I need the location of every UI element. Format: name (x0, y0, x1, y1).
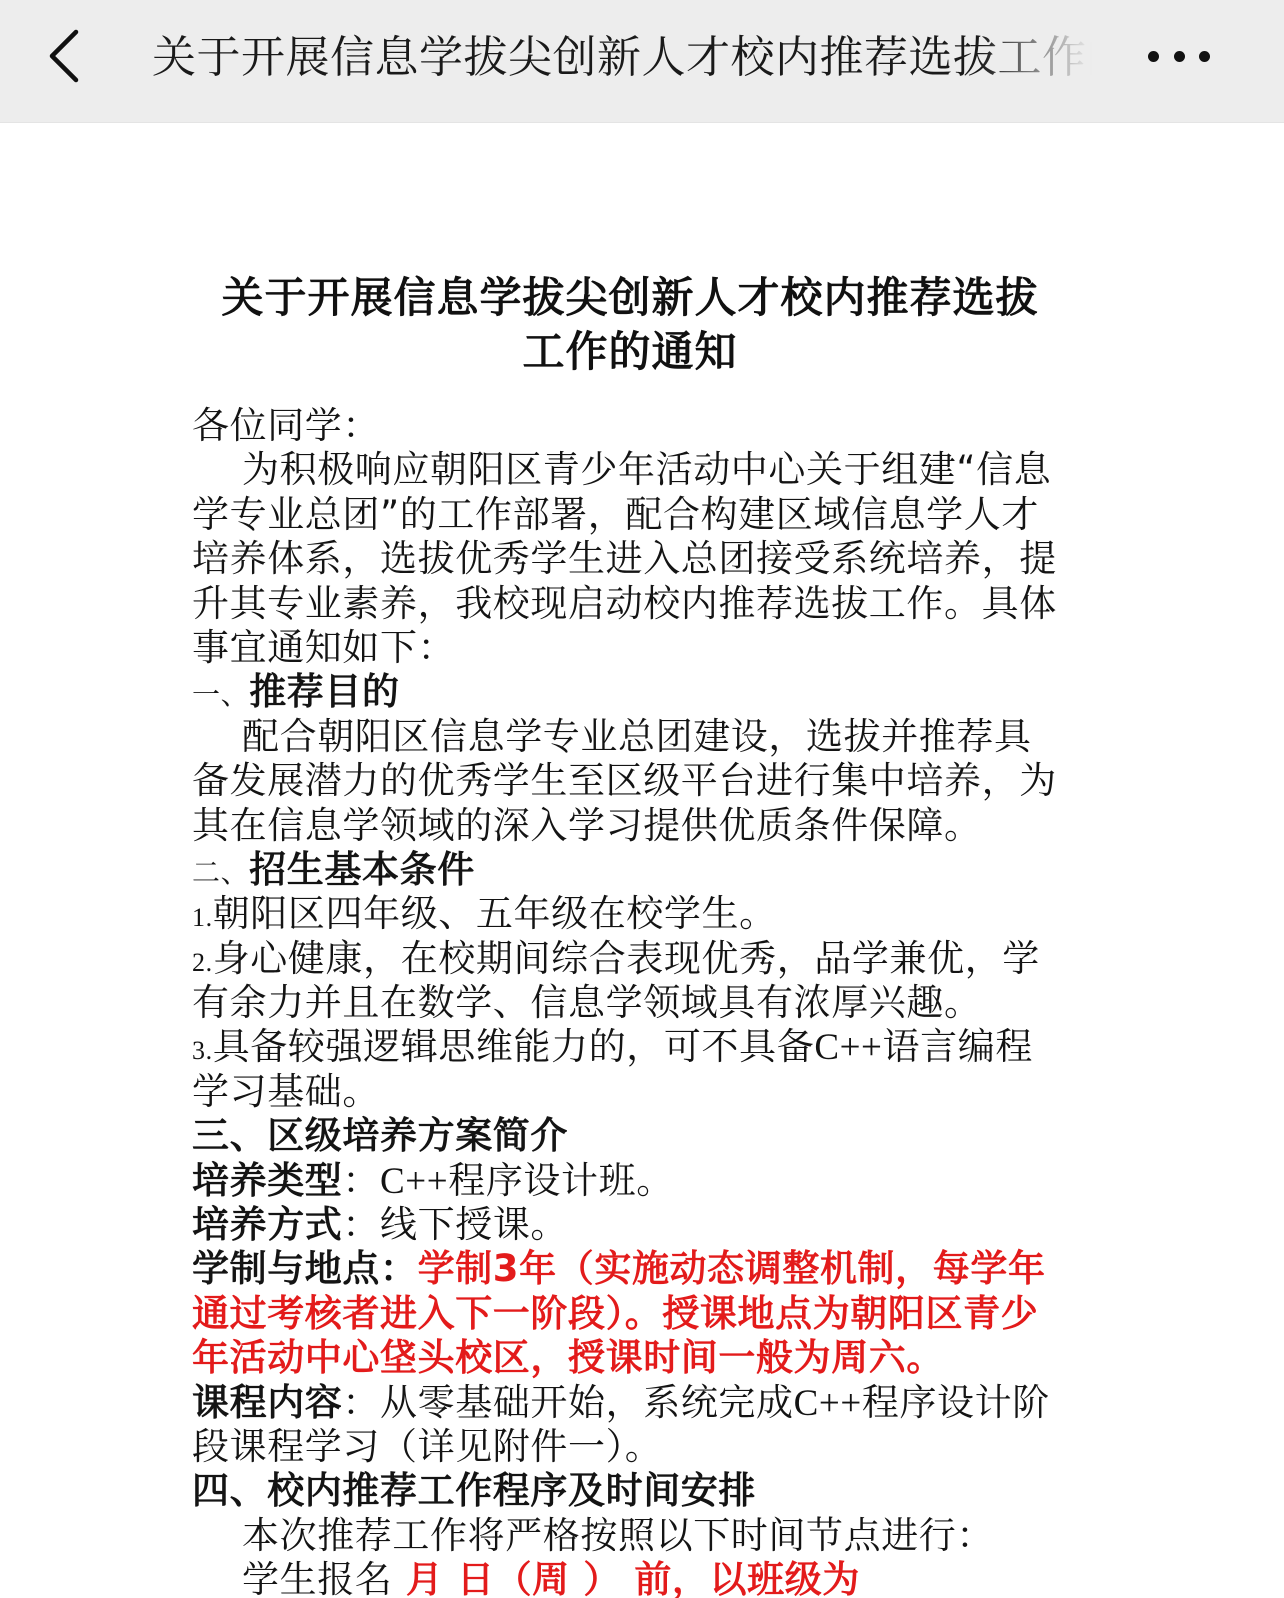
item-text: 具备较强逻辑思维能力的，可不具备 (213, 1025, 815, 1068)
training-type-label: 培养类型 (192, 1159, 342, 1202)
chevron-left-icon (40, 28, 90, 84)
section-2-title: 招生基本条件 (249, 848, 475, 891)
item-text-latin: C++ (814, 1027, 882, 1068)
colon: ： (342, 1203, 380, 1246)
duration-location: 学制与地点：学制3年（实施动态调整机制，每学年 (192, 1247, 1072, 1291)
intro-line: 升其专业素养，我校现启动校内推荐选拔工作。具体 (192, 582, 1072, 626)
course-content-latin: C++ (794, 1383, 862, 1424)
condition-item-3-cont: 学习基础。 (192, 1070, 1072, 1114)
course-content-text: 程序设计阶 (862, 1381, 1050, 1424)
item-number: 2. (192, 948, 213, 977)
training-type-latin: C++ (380, 1161, 448, 1202)
document-title-line-1: 关于开展信息学拔尖创新人才校内推荐选拔 (0, 272, 1272, 324)
back-button[interactable] (40, 28, 90, 84)
course-content-label: 课程内容 (192, 1381, 342, 1424)
more-horizontal-icon (1199, 51, 1210, 62)
section-1-line: 备发展潜力的优秀学生至区级平台进行集中培养，为 (192, 759, 1072, 803)
condition-item-3: 3.具备较强逻辑思维能力的，可不具备C++语言编程 (192, 1025, 1072, 1069)
section-1-heading: 一、推荐目的 (192, 670, 1072, 714)
condition-item-2-cont: 有余力并且在数学、信息学领域具有浓厚兴趣。 (192, 981, 1072, 1025)
condition-item-2: 2.身心健康，在校期间综合表现优秀，品学兼优，学 (192, 937, 1072, 981)
item-text: 身心健康，在校期间综合表现优秀，品学兼优，学 (213, 937, 1040, 980)
section-1-line: 配合朝阳区信息学专业总团建设，选拔并推荐具 (192, 715, 1072, 759)
training-mode-value: 线下授课。 (380, 1203, 568, 1246)
section-3-heading: 三、区级培养方案简介 (192, 1114, 1072, 1158)
duration-label: 学制与地点： (192, 1247, 418, 1290)
duration-highlight: 学制3年（实施动态调整机制，每学年 (418, 1247, 1046, 1290)
section-1-line: 其在信息学领域的深入学习提供优质条件保障。 (192, 804, 1072, 848)
top-navigation-bar: 关于开展信息学拔尖创新人才校内推荐选拔工作的通知 (0, 0, 1284, 123)
section-1-prefix: 一、 (192, 678, 249, 711)
item-text: 朝阳区四年级、五年级在校学生。 (213, 892, 777, 935)
section-2-prefix: 二、 (192, 856, 249, 889)
duration-highlight-cont: 年活动中心垡头校区，授课时间一般为周六。 (192, 1336, 1072, 1380)
section-2-heading: 二、招生基本条件 (192, 848, 1072, 892)
more-horizontal-icon (1174, 51, 1185, 62)
colon: ： (342, 1381, 380, 1424)
salutation: 各位同学： (192, 404, 1072, 448)
registration-label: 学生报名 (242, 1558, 392, 1598)
document-title-line-2: 工作的通知 (0, 326, 1272, 378)
item-text: 语言编程 (883, 1025, 1033, 1068)
course-content: 课程内容：从零基础开始，系统完成C++程序设计阶 (192, 1381, 1072, 1425)
intro-line: 事宜通知如下： (192, 626, 1072, 670)
intro-line: 学专业总团”的工作部署，配合构建区域信息学人才 (192, 493, 1072, 537)
more-options-button[interactable] (1148, 42, 1210, 70)
intro-line: 为积极响应朝阳区青少年活动中心关于组建“信息 (192, 448, 1072, 492)
training-mode-label: 培养方式 (192, 1203, 342, 1246)
page-title: 关于开展信息学拔尖创新人才校内推荐选拔工作的通知 (152, 30, 1092, 86)
registration-date-highlight: 月 日（周 ） 前，以班级为 (392, 1558, 860, 1598)
course-content-text: 从零基础开始，系统完成 (380, 1381, 794, 1424)
training-type-value: 程序设计班。 (448, 1159, 674, 1202)
course-content-cont: 段课程学习（详见附件一）。 (192, 1425, 1072, 1469)
item-number: 3. (192, 1036, 213, 1065)
document-body: 各位同学： 为积极响应朝阳区青少年活动中心关于组建“信息 学专业总团”的工作部署… (192, 404, 1072, 1598)
training-mode: 培养方式：线下授课。 (192, 1203, 1072, 1247)
condition-item-1: 1.朝阳区四年级、五年级在校学生。 (192, 892, 1072, 936)
training-type: 培养类型：C++程序设计班。 (192, 1159, 1072, 1203)
section-4-heading: 四、校内推荐工作程序及时间安排 (192, 1469, 1072, 1513)
duration-highlight-cont: 通过考核者进入下一阶段）。授课地点为朝阳区青少 (192, 1292, 1072, 1336)
colon: ： (342, 1159, 380, 1202)
more-horizontal-icon (1148, 51, 1159, 62)
item-number: 1. (192, 903, 213, 932)
section-4-partial-line: 学生报名 月 日（周 ） 前，以班级为 (192, 1558, 1072, 1598)
section-4-intro: 本次推荐工作将严格按照以下时间节点进行： (192, 1514, 1072, 1558)
section-1-title: 推荐目的 (249, 670, 399, 713)
intro-line: 培养体系，选拔优秀学生进入总团接受系统培养，提 (192, 537, 1072, 581)
